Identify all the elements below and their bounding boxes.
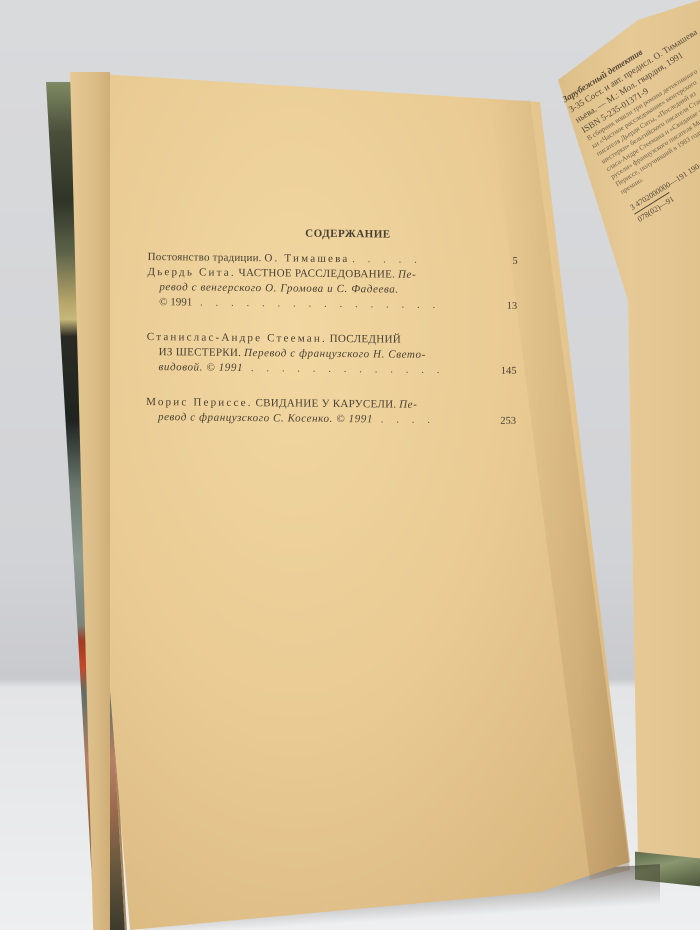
entry-work: ЧАСТНОЕ РАССЛЕДОВАНИЕ. — [239, 267, 396, 281]
entry-page: 253 — [500, 414, 516, 429]
toc-entry: Дьердь Сита. ЧАСТНОЕ РАССЛЕДОВАНИЕ. Пе- … — [147, 265, 517, 314]
entry-copyright: © 1991 . . . . . . . . . . . . . . . . — [147, 295, 483, 314]
entry-author: Морис Периссе. — [146, 396, 253, 409]
entry-copyright: видовой. © 1991 . . . . . . . . . . . . … — [146, 360, 482, 379]
entry-author: Станислас-Андре Стееман. — [147, 331, 327, 345]
entry-work: О. Тимашева — [264, 252, 349, 265]
entry-note: Пе- — [399, 399, 417, 411]
entry-work: ПОСЛЕДНИЙ — [330, 333, 401, 346]
leader-dots: . . . . . . . . . . . . . . . . — [192, 296, 440, 311]
entry-author: Дьердь Сита. — [147, 266, 235, 279]
toc-entry: Станислас-Андре Стееман. ПОСЛЕДНИЙ ИЗ ШЕ… — [146, 330, 516, 379]
catalog-suffix: 190—91 — [686, 154, 700, 176]
entry-note: Пе- — [398, 269, 416, 281]
entry-author: Постоянство традиции. — [148, 251, 262, 264]
entry-work-cont: ИЗ ШЕСТЕРКИ. — [159, 346, 242, 359]
entry-translation: Перевод с французского Н. Свето- — [244, 347, 426, 361]
leader-dots: . . . . — [373, 413, 435, 426]
copyright-year: видовой. © 1991 — [158, 361, 243, 374]
table-of-contents: СОДЕРЖАНИЕ Постоянство традиции. О. Тима… — [146, 226, 518, 429]
leader-dots: . . . . . — [352, 253, 422, 266]
toc-entry: Морис Периссе. СВИДАНИЕ У КАРУСЕЛИ. Пе- … — [146, 395, 516, 429]
toc-title: СОДЕРЖАНИЕ — [148, 226, 518, 242]
entry-page: 13 — [507, 299, 518, 314]
entry-page: 5 — [512, 254, 517, 269]
entry-work: СВИДАНИЕ У КАРУСЕЛИ. — [255, 397, 396, 410]
copyright-year: © 1991 — [159, 296, 192, 308]
entry-translation: ревод с французского С. Косенко. © 1991 — [158, 411, 373, 425]
entry-page: 145 — [501, 364, 517, 379]
leader-dots: . . . . . . . . . . . . . — [243, 362, 445, 376]
